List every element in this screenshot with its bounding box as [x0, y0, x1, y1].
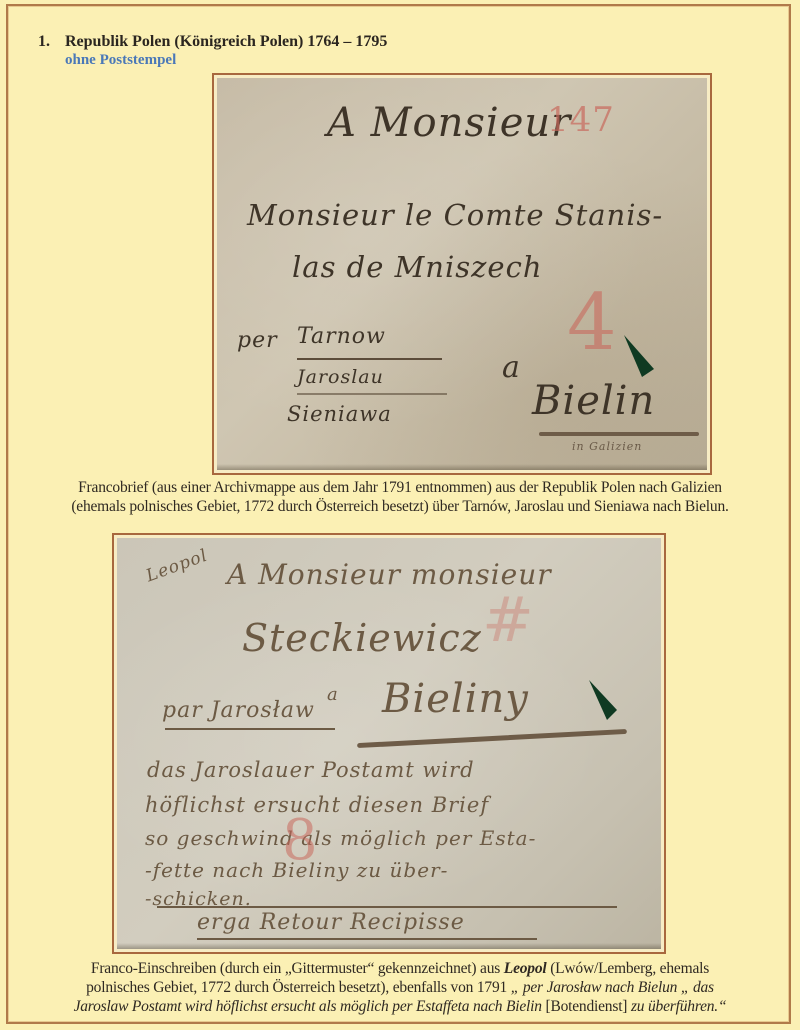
- caption-2-origin: Leopol: [504, 960, 547, 977]
- gittermuster-mark: #: [482, 583, 535, 656]
- note-line1: das Jaroslauer Postamt wird: [147, 758, 475, 782]
- cover-photo-2: Leopol A Monsieur monsieur # Steckiewicz…: [112, 533, 666, 954]
- section-title: 1.Republik Polen (Königreich Polen) 1764…: [38, 33, 387, 51]
- cover-image-2: Leopol A Monsieur monsieur # Steckiewicz…: [117, 538, 661, 949]
- note-line3: so geschwind als möglich per Esta-: [145, 826, 536, 850]
- caption-1-line2: (ehemals polnisches Gebiet, 1772 durch Ö…: [10, 497, 790, 516]
- handwriting-a: a: [502, 350, 521, 385]
- section-subtitle: ohne Poststempel: [65, 52, 176, 69]
- caption-2-quote: Jaroslaw Postamt wird höflichst ersucht …: [74, 998, 542, 1015]
- red-marking-top: 147: [547, 100, 615, 140]
- destination-bielin: Bielin: [532, 378, 655, 424]
- destination-underline: [539, 432, 699, 436]
- underline: [165, 728, 335, 730]
- caption-2: Franco-Einschreiben (durch ein „Gittermu…: [10, 959, 790, 1016]
- underline: [297, 358, 442, 360]
- caption-2-text: [Botendienst]: [542, 998, 631, 1015]
- green-arrow-marker-icon: [587, 678, 627, 728]
- caption-2-text: (Lwów/Lemberg, ehemals: [547, 960, 710, 977]
- caption-2-quote: zu überführen.“: [631, 998, 726, 1015]
- red-marking-mid: 4: [567, 278, 618, 368]
- handwriting-line3: las de Mniszech: [292, 250, 543, 284]
- caption-2-line3: Jaroslaw Postamt wird höflichst ersucht …: [10, 997, 790, 1016]
- cover-image-1: A Monsieur 147 Monsieur le Comte Stanis-…: [217, 78, 707, 470]
- caption-1-line1: Francobrief (aus einer Archivmappe aus d…: [10, 478, 790, 497]
- route-jaroslaw: par Jarosław: [162, 698, 315, 723]
- caption-1: Francobrief (aus einer Archivmappe aus d…: [10, 478, 790, 516]
- caption-2-text: Franco-Einschreiben (durch ein „Gittermu…: [91, 960, 504, 977]
- handwriting-a: a: [327, 684, 339, 705]
- handwriting-line2: Monsieur le Comte Stanis-: [247, 198, 663, 232]
- destination-underline: [357, 729, 627, 748]
- caption-2-line1: Franco-Einschreiben (durch ein „Gittermu…: [10, 959, 790, 978]
- route-jaroslau: Jaroslau: [297, 366, 384, 388]
- underline: [297, 393, 447, 395]
- origin-leopol: Leopol: [144, 546, 211, 587]
- destination-note: in Galizien: [572, 440, 642, 453]
- caption-2-quote: „ per Jarosław nach Bielun „ das: [511, 979, 714, 996]
- caption-2-text: polnisches Gebiet, 1772 durch Österreich…: [86, 979, 511, 996]
- note-line4: -fette nach Bieliny zu über-: [145, 858, 448, 882]
- route-tarnow: Tarnow: [297, 324, 386, 349]
- caption-2-line2: polnisches Gebiet, 1772 durch Österreich…: [10, 978, 790, 997]
- cover-photo-1: A Monsieur 147 Monsieur le Comte Stanis-…: [212, 73, 712, 475]
- photo-shadow: [117, 943, 661, 949]
- handwriting-line1: A Monsieur: [327, 100, 571, 146]
- note-line6: erga Retour Recipisse: [197, 910, 465, 935]
- photo-shadow: [217, 464, 707, 470]
- underline: [197, 938, 537, 940]
- underline: [157, 906, 617, 908]
- destination-bieliny: Bieliny: [382, 676, 529, 722]
- handwriting-line2: Steckiewicz: [242, 616, 482, 660]
- section-title-text: Republik Polen (Königreich Polen) 1764 –…: [65, 33, 387, 50]
- green-arrow-marker-icon: [622, 333, 662, 383]
- section-number: 1.: [38, 33, 65, 51]
- route-sieniawa: Sieniawa: [287, 402, 392, 426]
- route-per: per: [237, 328, 278, 353]
